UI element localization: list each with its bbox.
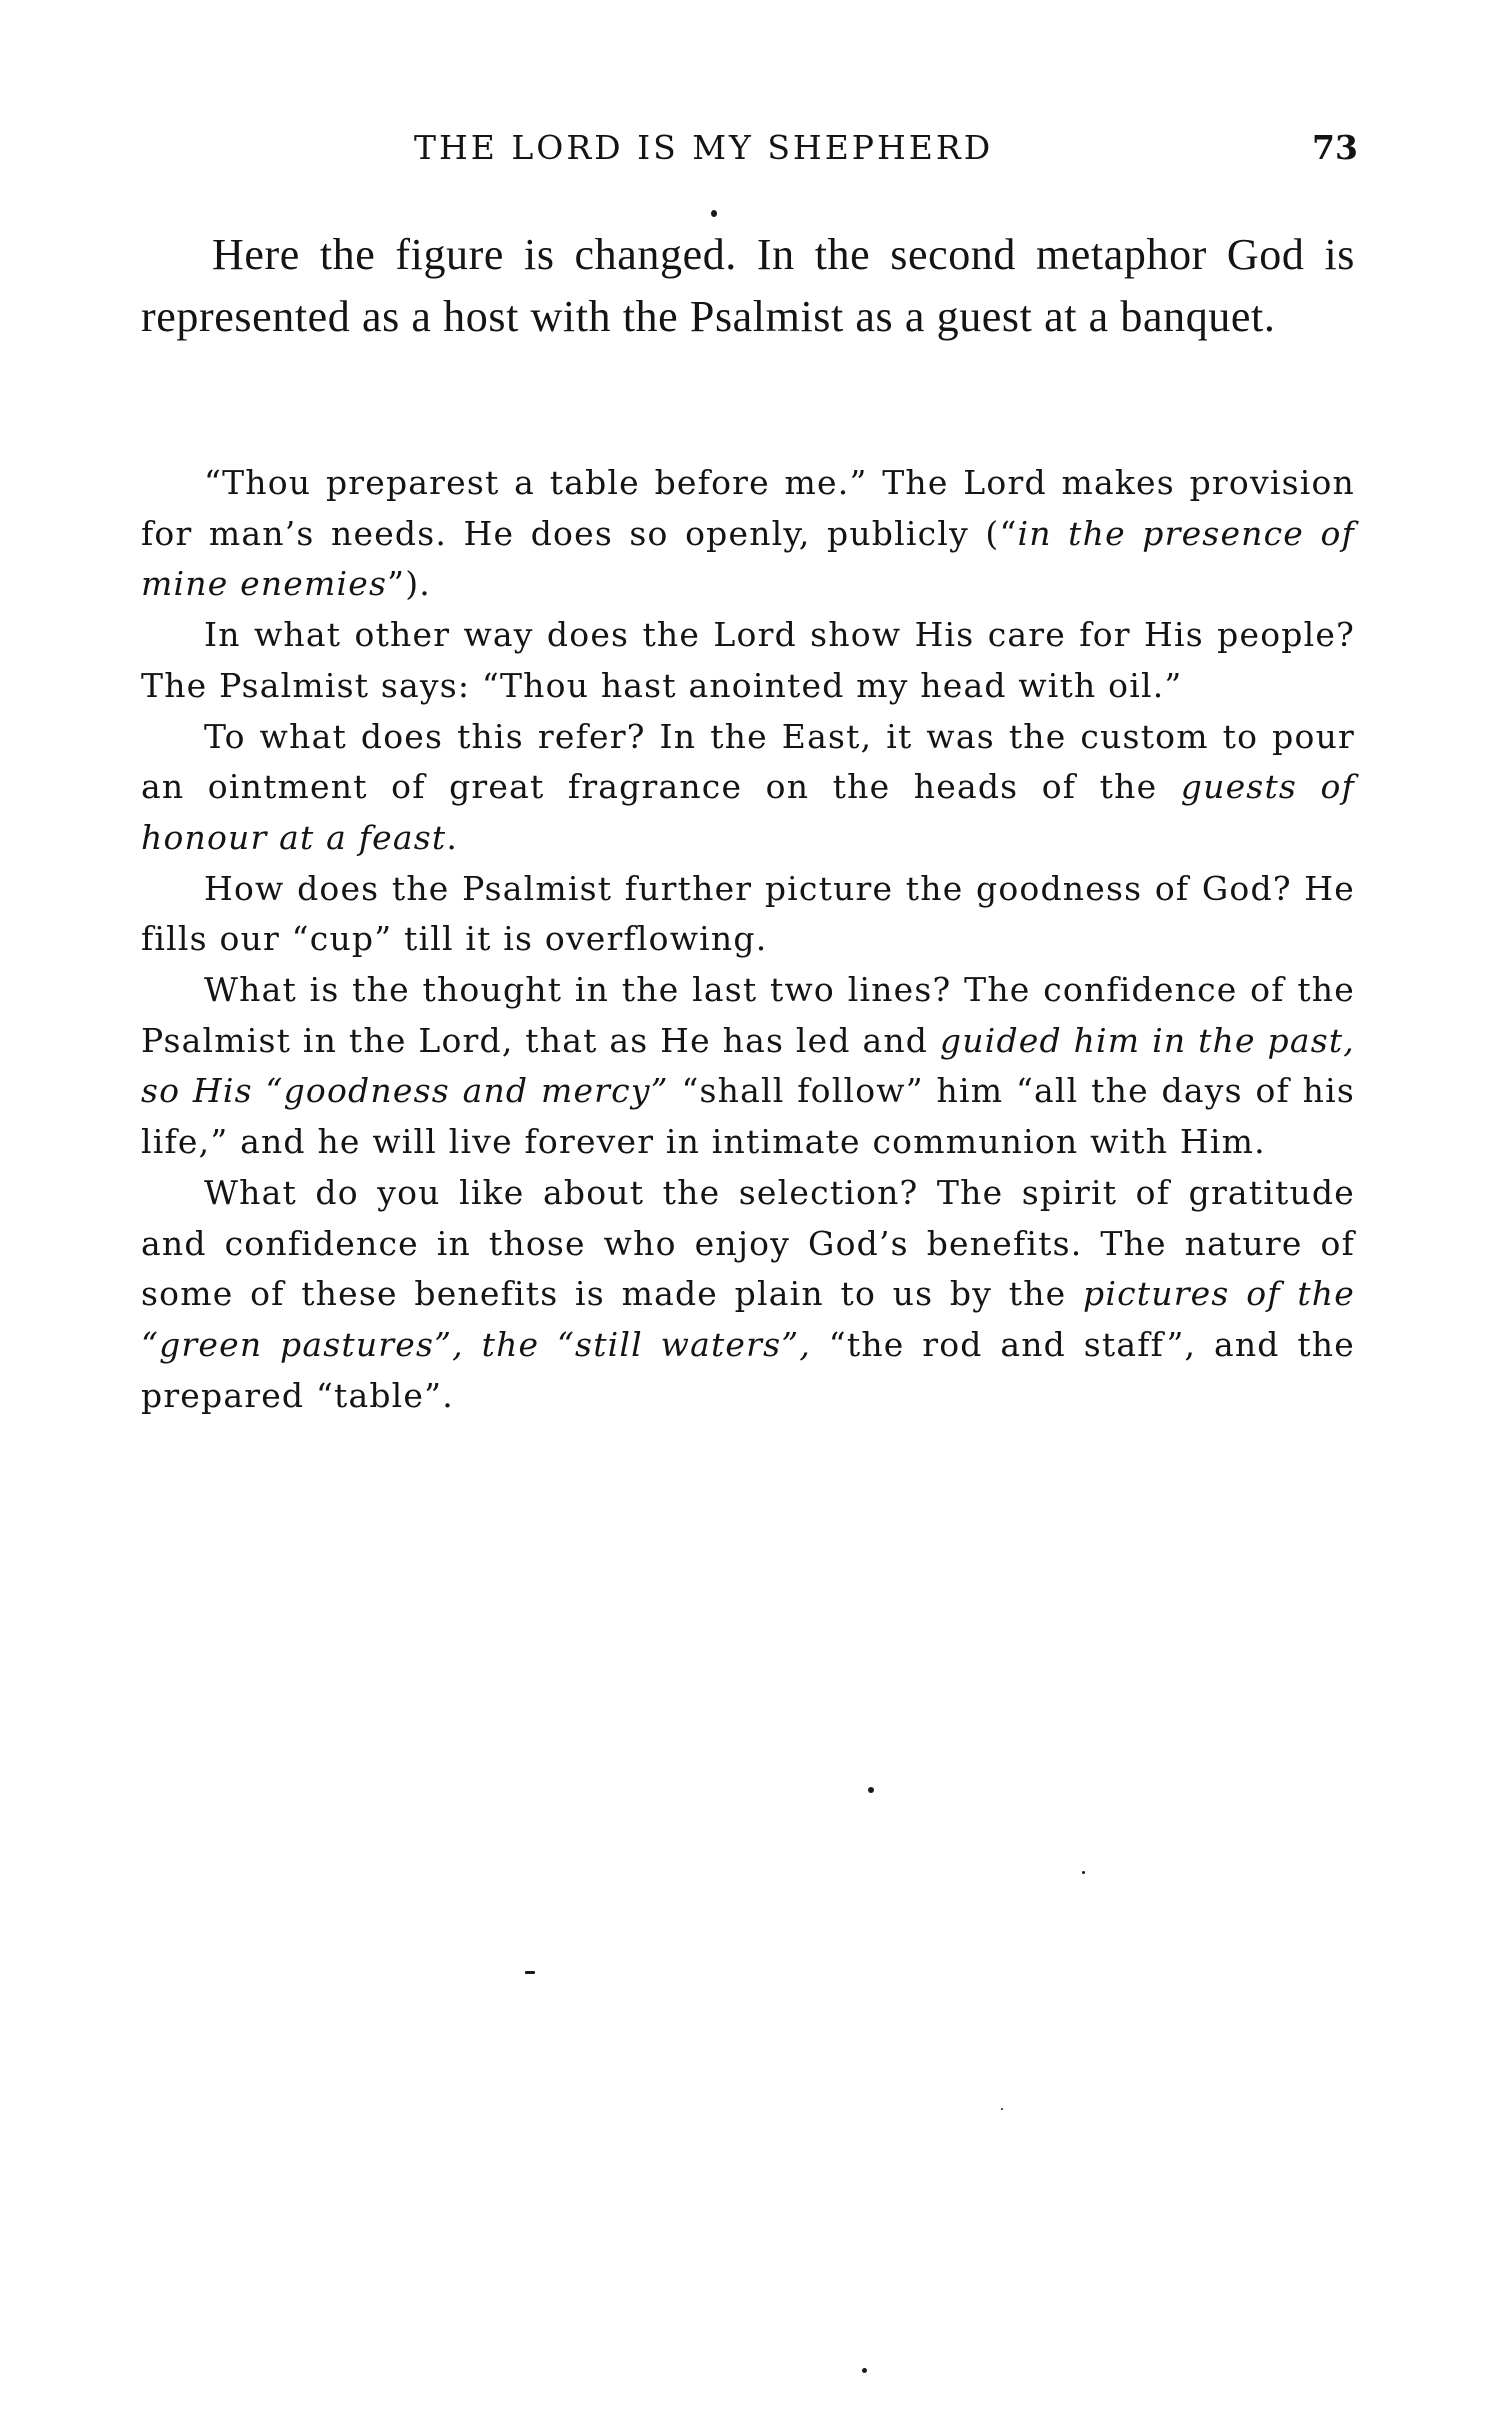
- intro-paragraph: Here the figure is changed. In the secon…: [141, 224, 1355, 348]
- discussion-paragraph-3: To what does this refer? In the East, it…: [141, 712, 1355, 864]
- discussion-section: “Thou preparest a table before me.” The …: [141, 458, 1355, 1421]
- ink-speck: [711, 210, 717, 217]
- intro-section: Here the figure is changed. In the secon…: [141, 224, 1355, 348]
- discussion-paragraph-5: What is the thought in the last two line…: [141, 965, 1355, 1168]
- discussion-paragraph-4: How does the Psalmist further picture th…: [141, 864, 1355, 965]
- running-head: THE LORD IS MY SHEPHERD: [414, 128, 993, 168]
- ink-speck: [1001, 2108, 1003, 2110]
- ink-speck: [525, 1971, 535, 1974]
- page-number: 73: [1312, 128, 1358, 168]
- discussion-paragraph-1: “Thou preparest a table before me.” The …: [141, 458, 1355, 610]
- ink-speck: [862, 2368, 867, 2373]
- ink-speck: [1082, 1871, 1085, 1874]
- discussion-paragraph-2: In what other way does the Lord show His…: [141, 610, 1355, 711]
- discussion-paragraph-6: What do you like about the selection? Th…: [141, 1168, 1355, 1422]
- ink-speck: [868, 1787, 874, 1793]
